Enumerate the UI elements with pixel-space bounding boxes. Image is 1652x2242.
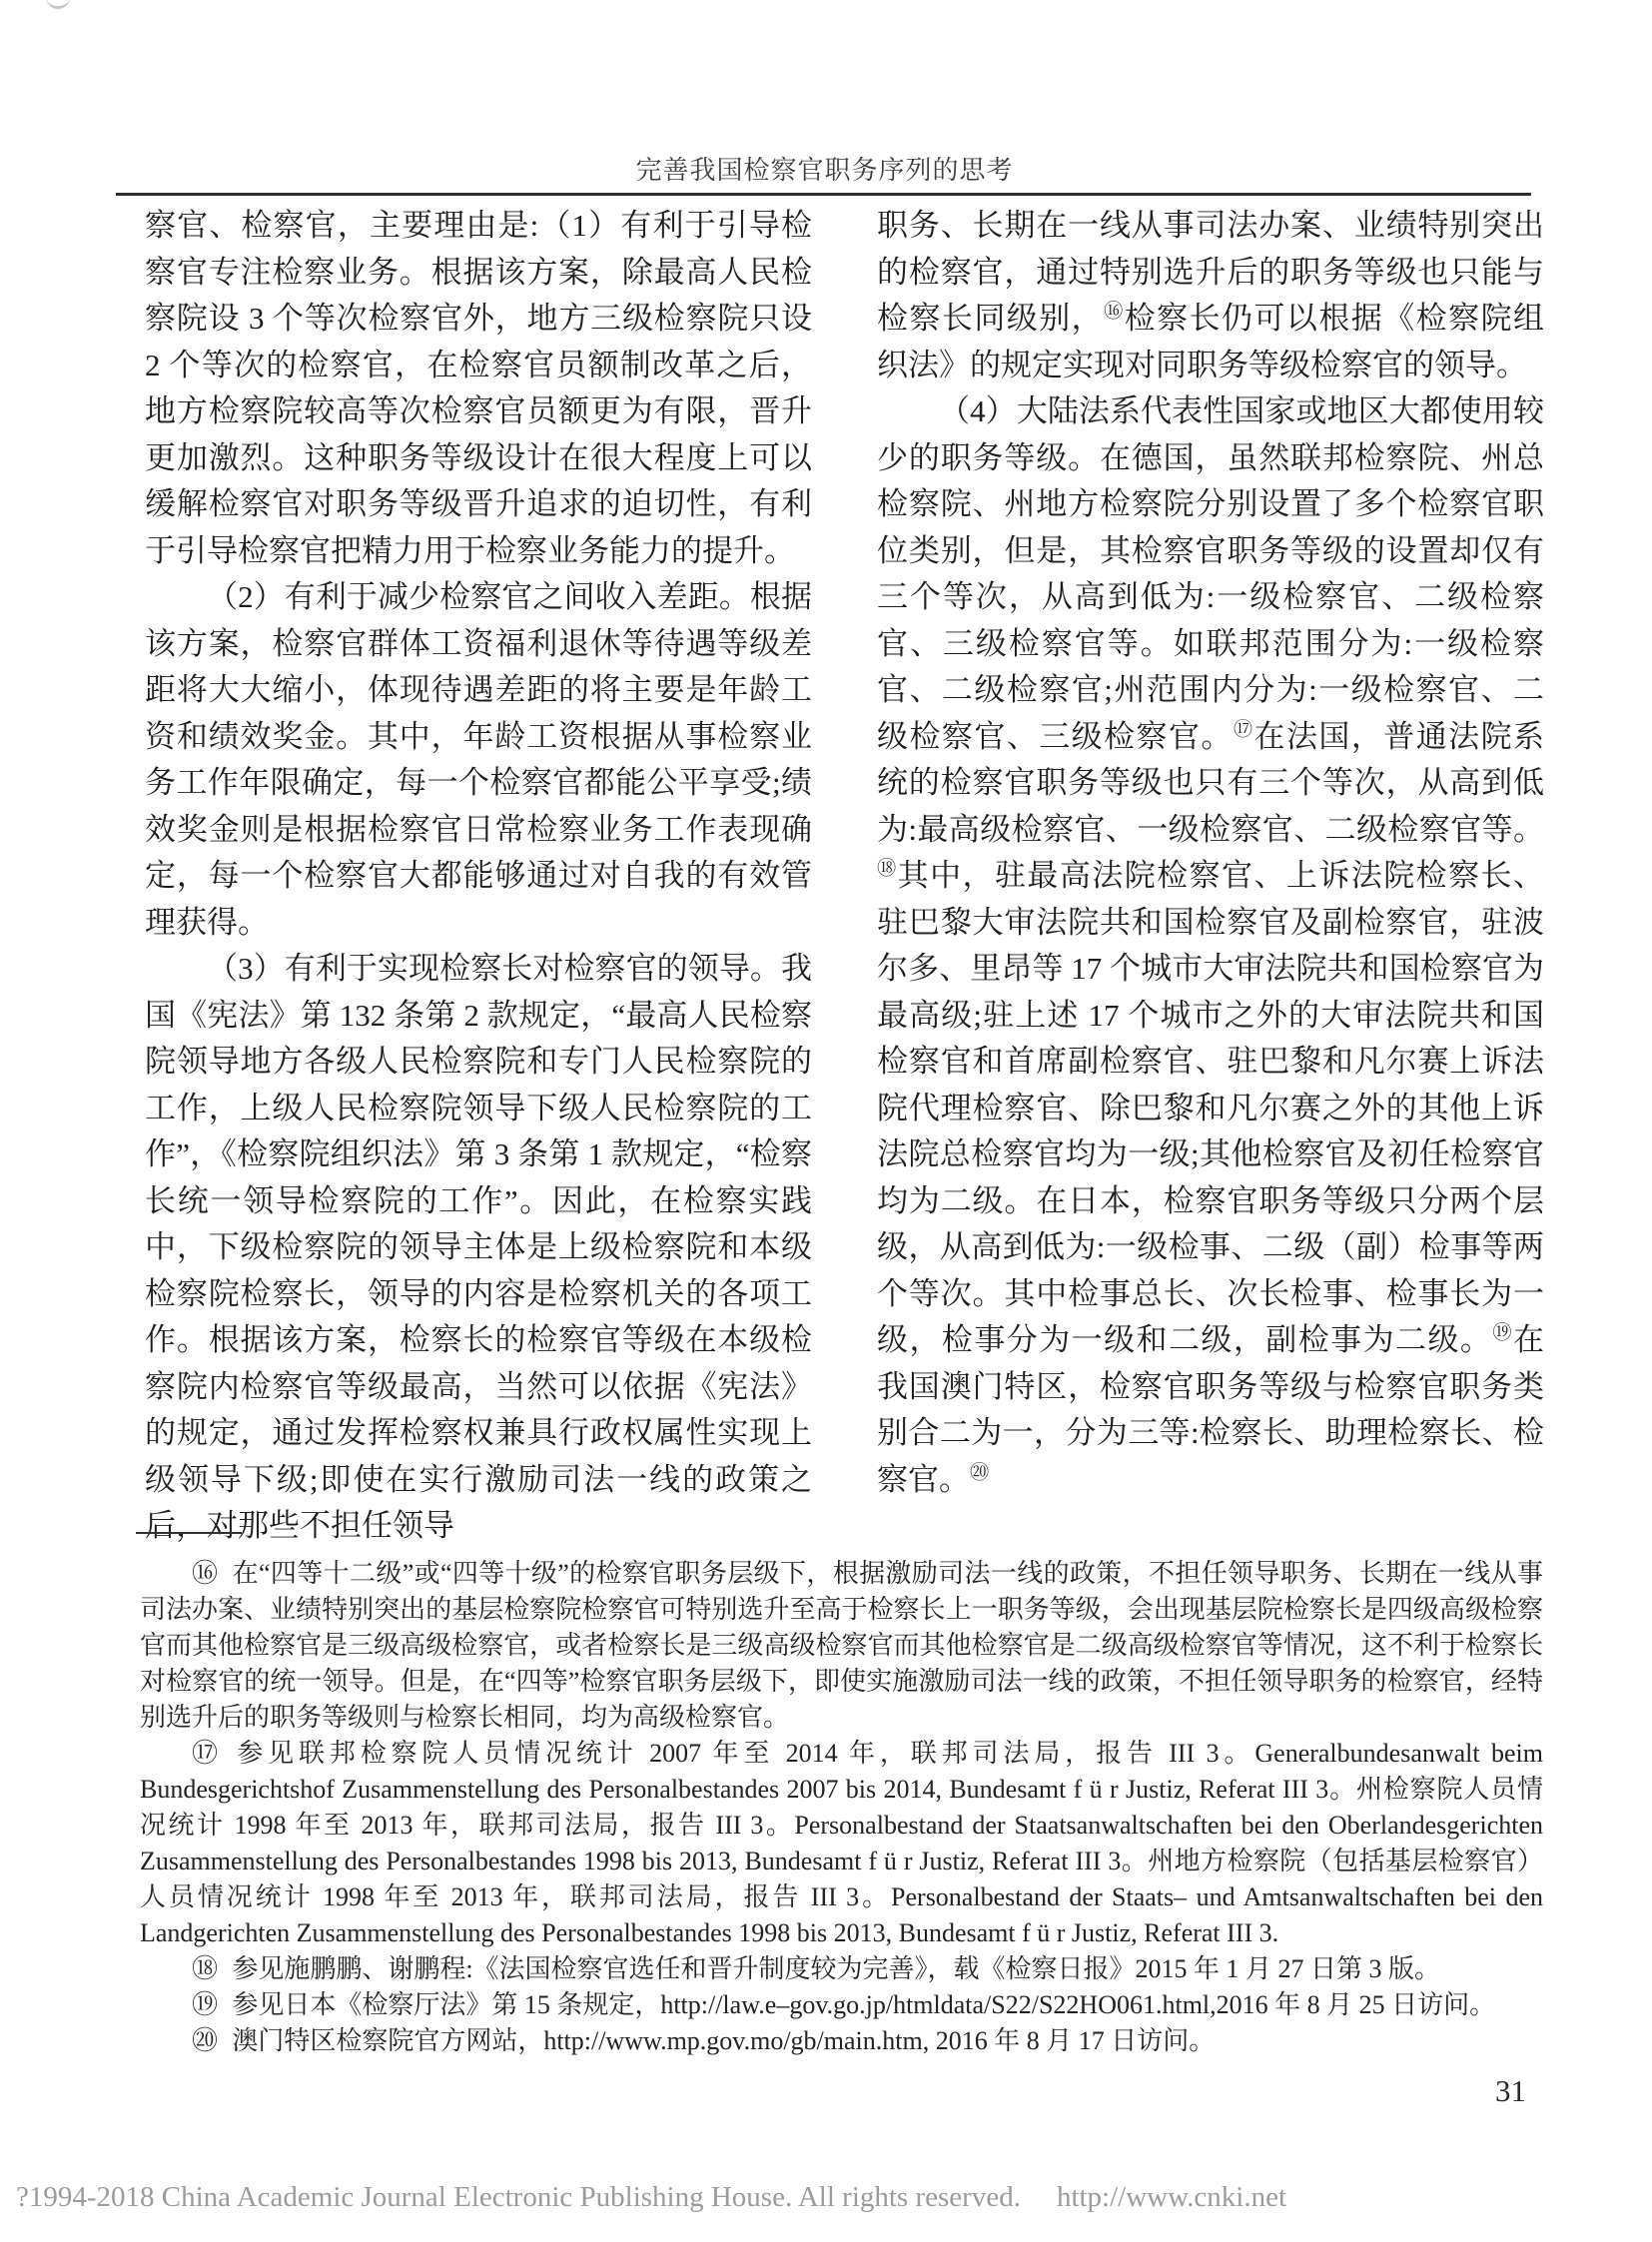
cnki-footer: ?1994-2018 China Academic Journal Electr… — [16, 2181, 1286, 2214]
page-number: 31 — [1495, 2073, 1526, 2109]
body-paragraph: （3）有利于实现检察长对检察官的领导。我国《宪法》第 132 条第 2 款规定，… — [145, 946, 812, 1550]
footnote-marker: ⑳ — [192, 2026, 218, 2055]
footnote-marker: ⑱ — [192, 1954, 218, 1983]
footnote-marker: ⑲ — [192, 1990, 218, 2019]
footer-copyright: ?1994-2018 China Academic Journal Electr… — [16, 2181, 1021, 2213]
footnote-marker: ⑯ — [192, 1559, 218, 1588]
right-column: 职务、长期在一线从事司法办案、业绩特别突出的检察官，通过特别选升后的职务等级也只… — [877, 203, 1544, 1503]
footer-url: http://www.cnki.net — [1057, 2181, 1286, 2213]
footnote-marker: ⑰ — [192, 1739, 223, 1768]
footnote: ⑰参见联邦检察院人员情况统计 2007 年至 2014 年，联邦司法局，报告 I… — [140, 1736, 1543, 1951]
body-paragraph: （4）大陆法系代表性国家或地区大都使用较少的职务等级。在德国，虽然联邦检察院、州… — [877, 388, 1544, 1503]
page-header-title: 完善我国检察官职务序列的思考 — [118, 150, 1531, 187]
footnote: ⑲参见日本《检察厅法》第 15 条规定，http://law.e–gov.go.… — [140, 1987, 1543, 2023]
footnote-text: 澳门特区检察院官方网站，http://www.mp.gov.mo/gb/main… — [232, 2026, 1215, 2055]
scan-artifact — [46, 0, 70, 9]
footnote: ⑯在“四等十二级”或“四等十级”的检察官职务层级下，根据激励司法一线的政策，不担… — [140, 1556, 1543, 1736]
footnote-text: 参见日本《检察厅法》第 15 条规定，http://law.e–gov.go.j… — [232, 1990, 1495, 2019]
footnote: ⑱参见施鹏鹏、谢鹏程:《法国检察官选任和晋升制度较为完善》，载《检察日报》201… — [140, 1951, 1543, 1987]
body-paragraph: （2）有利于减少检察官之间收入差距。根据该方案，检察官群体工资福利退休等待遇等级… — [145, 574, 812, 946]
body-paragraph: 察官、检察官，主要理由是:（1）有利于引导检察官专注检察业务。根据该方案，除最高… — [145, 203, 812, 574]
footnote-text: 参见联邦检察院人员情况统计 2007 年至 2014 年，联邦司法局，报告 II… — [140, 1739, 1543, 1947]
footnote-text: 在“四等十二级”或“四等十级”的检察官职务层级下，根据激励司法一线的政策，不担任… — [140, 1559, 1543, 1732]
left-column: 察官、检察官，主要理由是:（1）有利于引导检察官专注检察业务。根据该方案，除最高… — [145, 203, 812, 1550]
footnotes-section: ⑯在“四等十二级”或“四等十级”的检察官职务层级下，根据激励司法一线的政策，不担… — [140, 1556, 1543, 2059]
scanned-paper-page: 完善我国检察官职务序列的思考 察官、检察官，主要理由是:（1）有利于引导检察官专… — [0, 0, 1652, 2242]
footnote-separator — [136, 1532, 242, 1534]
footnote-text: 参见施鹏鹏、谢鹏程:《法国检察官选任和晋升制度较为完善》，载《检察日报》2015… — [232, 1954, 1440, 1983]
body-paragraph: 职务、长期在一线从事司法办案、业绩特别突出的检察官，通过特别选升后的职务等级也只… — [877, 203, 1544, 388]
footnote: ⑳澳门特区检察院官方网站，http://www.mp.gov.mo/gb/mai… — [140, 2023, 1543, 2059]
header-rule — [116, 193, 1531, 196]
